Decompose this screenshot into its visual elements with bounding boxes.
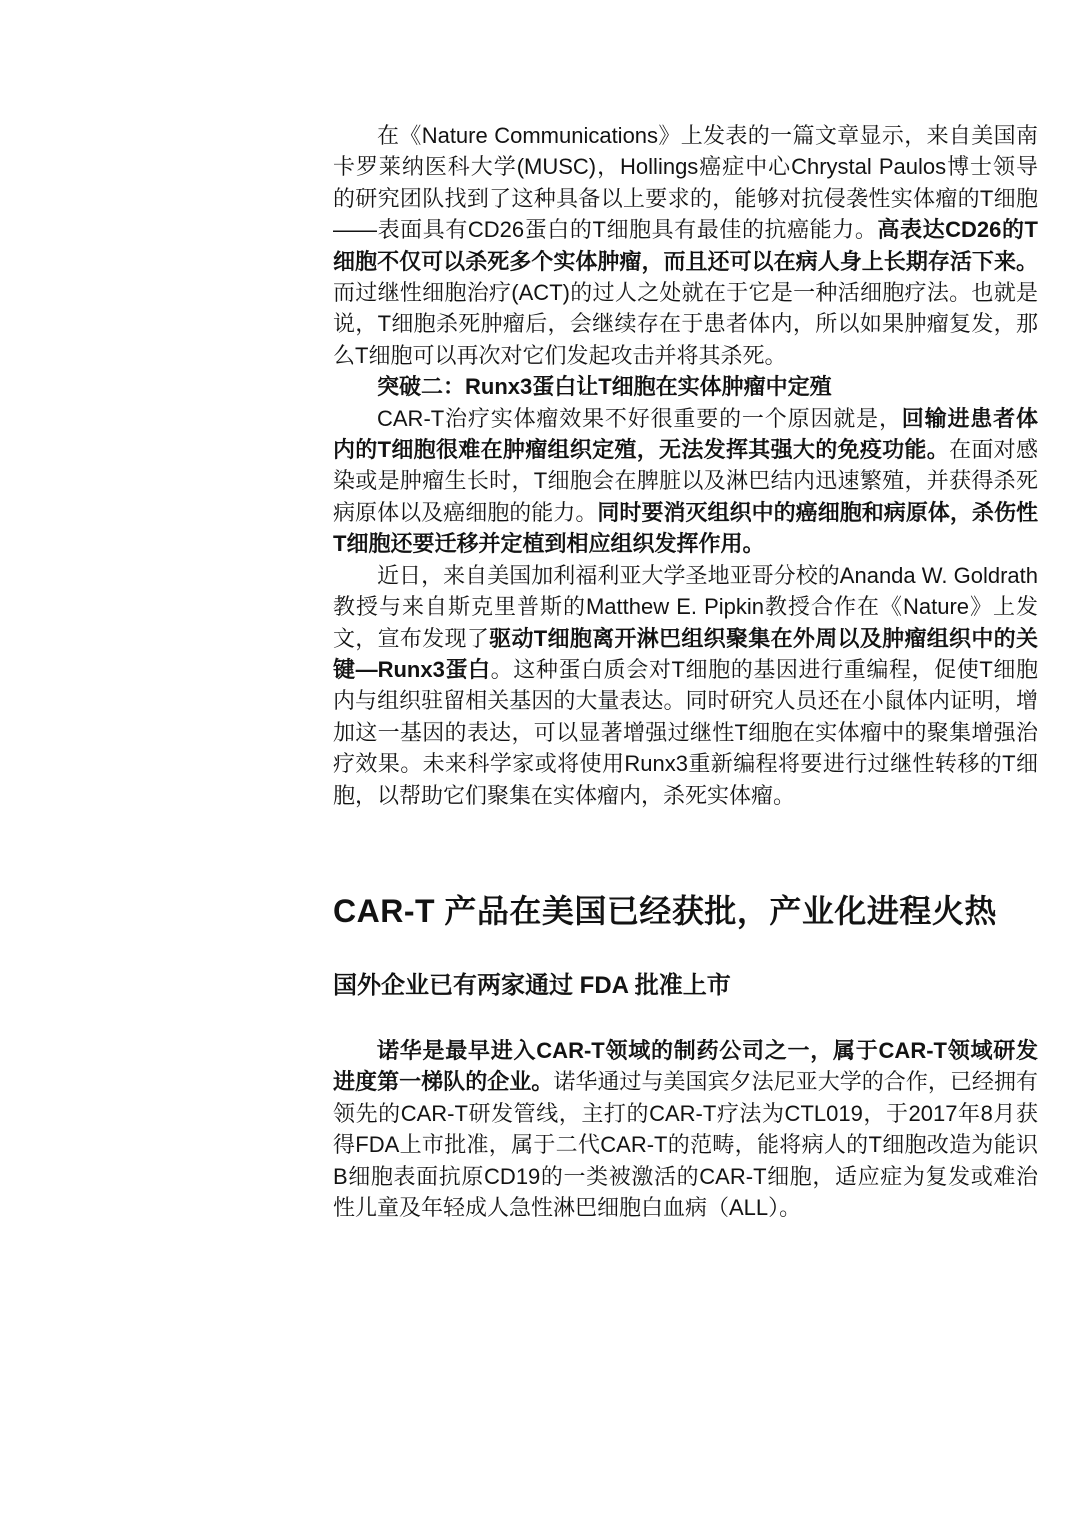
section-subheading: 突破二：Runx3蛋白让T细胞在实体肿瘤中定殖 (333, 371, 1038, 402)
document-page: 在《Nature Communications》上发表的一篇文章显示，来自美国南… (0, 0, 1080, 1526)
bold-text-segment: CAR-T 产品在美国已经获批，产业化进程火热 (333, 893, 997, 929)
paragraph: 在《Nature Communications》上发表的一篇文章显示，来自美国南… (333, 120, 1038, 371)
bold-text-segment: 突破二：Runx3蛋白让T细胞在实体肿瘤中定殖 (377, 374, 832, 399)
text-segment: 而过继性细胞治疗(ACT)的过人之处就在于它是一种活细胞疗法。也就是说，T细胞杀… (333, 280, 1038, 368)
bold-text-segment: 国外企业已有两家通过 FDA 批准上市 (333, 972, 731, 999)
chapter-heading: CAR-T 产品在美国已经获批，产业化进程火热 (333, 891, 1038, 931)
paragraph: 诺华是最早进入CAR-T领域的制药公司之一，属于CAR-T领域研发进度第一梯队的… (333, 1035, 1038, 1223)
text-segment: CAR-T治疗实体瘤效果不好很重要的一个原因就是， (377, 406, 902, 431)
article-content: 在《Nature Communications》上发表的一篇文章显示，来自美国南… (333, 120, 1038, 1223)
paragraph: 近日，来自美国加利福利亚大学圣地亚哥分校的Ananda W. Goldrath教… (333, 560, 1038, 811)
section-heading: 国外企业已有两家通过 FDA 批准上市 (333, 971, 1038, 1001)
paragraph: CAR-T治疗实体瘤效果不好很重要的一个原因就是，回输进患者体内的T细胞很难在肿… (333, 403, 1038, 560)
